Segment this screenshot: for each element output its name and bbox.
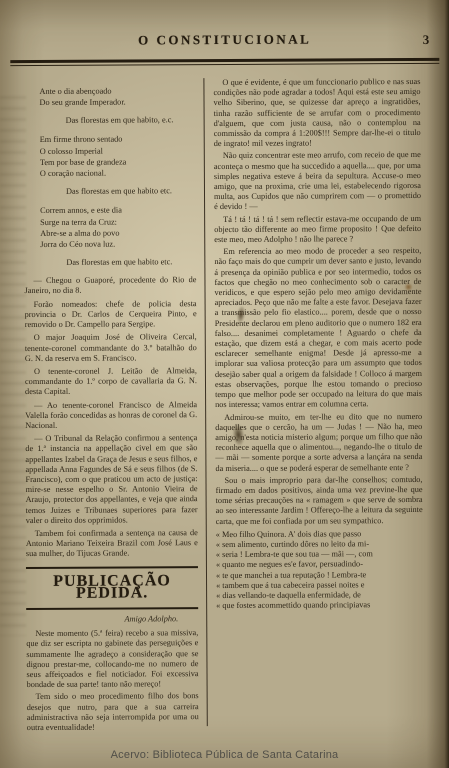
paragraph: Em referencia ao meo modo de proceder a …: [214, 246, 422, 410]
poem-line: Ante o dia abençoado: [39, 85, 195, 97]
news-item: O major Joaquim José de Oliveira Cercal,…: [25, 332, 197, 364]
paragraph: Tem sido o meo procedimento filho dos bo…: [27, 692, 199, 734]
news-item: Tambem foi confirmada a sentença na caus…: [26, 528, 198, 560]
letter-line: « que fostes acommettido quando principi…: [216, 600, 423, 611]
archive-credit: Acervo: Biblioteca Pública de Santa Cata…: [0, 749, 449, 761]
paragraph: Tá ! tá ! tá ! tá ! sem reflectir estava…: [214, 214, 421, 246]
newspaper-page-scan: O CONSTITUCIONAL 3 Ante o dia abençoado …: [0, 0, 449, 768]
poem-line: Em firme throno sentado: [40, 133, 196, 145]
news-item: O tenente-coronel J. Leitão de Almeida, …: [25, 366, 197, 398]
news-item: — Chegou o Guaporé, procedente do Rio de…: [24, 275, 196, 296]
section-heading: PUBLICAÇÃO PEDIDA.: [53, 572, 171, 602]
masthead: O CONSTITUCIONAL 3: [10, 31, 439, 66]
section-heading-box: PUBLICAÇÃO PEDIDA.: [26, 566, 198, 610]
poem-line: O colosso Imperial: [40, 145, 196, 157]
poem-stanza: Correm annos, e este dia Surge na terra …: [40, 204, 196, 250]
poem-line: Correm annos, e este dia: [40, 204, 196, 216]
poem-line: Tem por base de grandeza: [40, 156, 196, 168]
poem-line: Jorra do Céo nova luz.: [40, 239, 196, 251]
paragraph: Sou o mais improprio para dar-lhe consel…: [215, 475, 422, 527]
poem-line: Abre-se a alma do povo: [40, 227, 196, 239]
right-column: O que é evidente, é que um funccionario …: [204, 77, 423, 726]
poem-line: Surge na terra da Cruz:: [40, 216, 196, 228]
masthead-rule: [10, 58, 439, 66]
left-column: Ante o dia abençoado Do seu grande Imper…: [23, 78, 207, 727]
page-number: 3: [423, 32, 430, 48]
news-item: — Ao tenente-coronel Francisco de Almeid…: [25, 400, 197, 432]
quoted-letter: « Meo filho Quinora. A' dois dias que pa…: [216, 529, 423, 612]
paragraph: Neste momento (5.ª feira) recebo a sua m…: [26, 628, 198, 690]
poem-refrain: Das florestas em que habito, e.c.: [66, 114, 196, 126]
poem-refrain: Das florestas em que habito etc.: [66, 185, 196, 197]
text-columns: Ante o dia abençoado Do seu grande Imper…: [23, 77, 423, 727]
paragraph: Admirou-se muito, em ter-lhe eu dito que…: [215, 411, 422, 473]
poem-stanza: Ante o dia abençoado Do seu grande Imper…: [39, 85, 195, 109]
poem: Ante o dia abençoado Do seu grande Imper…: [23, 85, 196, 268]
poem-line: Do seu grande Imperador.: [39, 97, 195, 109]
newspaper-title: O CONSTITUCIONAL: [10, 31, 439, 49]
letter-salutation: Amigo Adolpho.: [26, 614, 198, 625]
paragraph: Não quiz concentrar este meo arrufo, com…: [214, 150, 421, 212]
paragraph: O que é evidente, é que um funccionario …: [213, 77, 420, 150]
poem-refrain: Das florestas em que habito etc.: [66, 256, 196, 268]
poem-stanza: Em firme throno sentado O colosso Imperi…: [40, 133, 196, 179]
news-item: — O Tribunal da Relação confirmou a sent…: [25, 433, 197, 526]
poem-line: O coração nacional.: [40, 168, 196, 180]
news-item: Forão nomeados: chefe de policia desta p…: [25, 299, 197, 331]
